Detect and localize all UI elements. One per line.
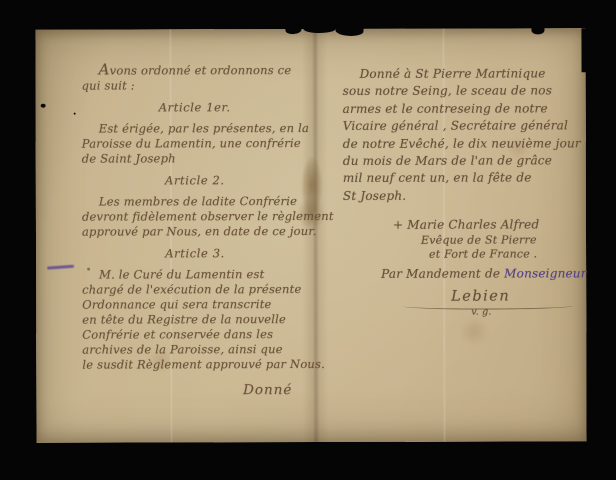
margin-pencil-mark [47, 265, 74, 270]
manuscript-line: Confrérie et conservée dans les [82, 327, 308, 343]
manuscript-line: chargé de l'exécution de la présente [82, 282, 308, 298]
torn-edge-right [581, 28, 586, 72]
bishop-name: + Marie Charles Alfred [343, 217, 581, 234]
opening-paragraph: Avons ordonné et ordonnons ce qui suit : [82, 62, 308, 94]
closing-word: Donné [82, 383, 308, 399]
manuscript-line: Paroisse du Lamentin, une confrérie [82, 136, 308, 152]
manuscript-line: archives de la Paroisse, ainsi que [82, 342, 308, 358]
attestation-block: + Marie Charles Alfred Evêque de St Pier… [343, 217, 581, 318]
manuscript-line: M. le Curé du Lamentin est [82, 267, 308, 283]
manuscript-line: Est érigée, par les présentes, en la [82, 121, 308, 137]
foxing-spot [456, 319, 492, 345]
manuscript-line: sous notre Seing, le sceau de nos [343, 83, 581, 101]
manuscript-line: qui suit : [82, 78, 308, 94]
manuscript-line: Avons ordonné et ordonnons ce [82, 62, 308, 79]
manuscript-line: en tête du Registre de la nouvelle [82, 312, 308, 328]
paper-speck [74, 113, 76, 115]
manuscript-line: St Joseph. [343, 187, 581, 205]
manuscript-line: Les membres de ladite Confrérie [82, 194, 308, 210]
torn-edge-notch [285, 25, 302, 34]
manuscript-line: mil neuf cent un, en la fête de [343, 170, 581, 188]
bishop-title-line: et Fort de France . [343, 248, 581, 263]
torn-edge-notch [303, 25, 335, 33]
manuscript-line: Donné à St Pierre Martinique [343, 65, 581, 83]
mandement-line: Par Mandement de Monseigneur [343, 266, 581, 283]
scan-background: Avons ordonné et ordonnons ce qui suit :… [0, 0, 616, 480]
document-page-spread: Avons ordonné et ordonnons ce qui suit :… [35, 28, 586, 442]
left-page: Avons ordonné et ordonnons ce qui suit :… [82, 62, 309, 399]
manuscript-line: de notre Evêché, le dix neuvième jour [343, 135, 581, 153]
manuscript-line: armes et le contreseing de notre [343, 100, 581, 118]
signature: Lebien [343, 289, 581, 307]
manuscript-line: Vicaire général , Secrétaire général [343, 118, 581, 136]
paper-speck [41, 104, 46, 108]
manuscript-line: de Saint Joseph [82, 151, 308, 167]
right-page: Donné à St Pierre Martinique sous notre … [343, 65, 582, 317]
manuscript-line: Ordonnance qui sera transcrite [82, 297, 308, 313]
manuscript-line: approuvé par Nous, en date de ce jour. [82, 224, 308, 240]
manuscript-line: du mois de Mars de l'an de grâce [343, 152, 581, 170]
torn-edge-notch [531, 26, 544, 34]
manuscript-line: le susdit Règlement approuvé par Nous. [82, 357, 308, 373]
mandement-word: Monseigneur [504, 267, 587, 281]
mandement-prefix: Par Mandement de [381, 267, 504, 281]
torn-edge-notch [335, 25, 363, 36]
article-2-heading: Article 2. [82, 173, 308, 189]
bishop-title-line: Evêque de St Pierre [343, 233, 581, 249]
article-3-heading: Article 3. [82, 246, 308, 262]
manuscript-line: devront fidèlement observer le règlement [82, 209, 308, 225]
article-1-heading: Article 1er. [82, 100, 308, 116]
